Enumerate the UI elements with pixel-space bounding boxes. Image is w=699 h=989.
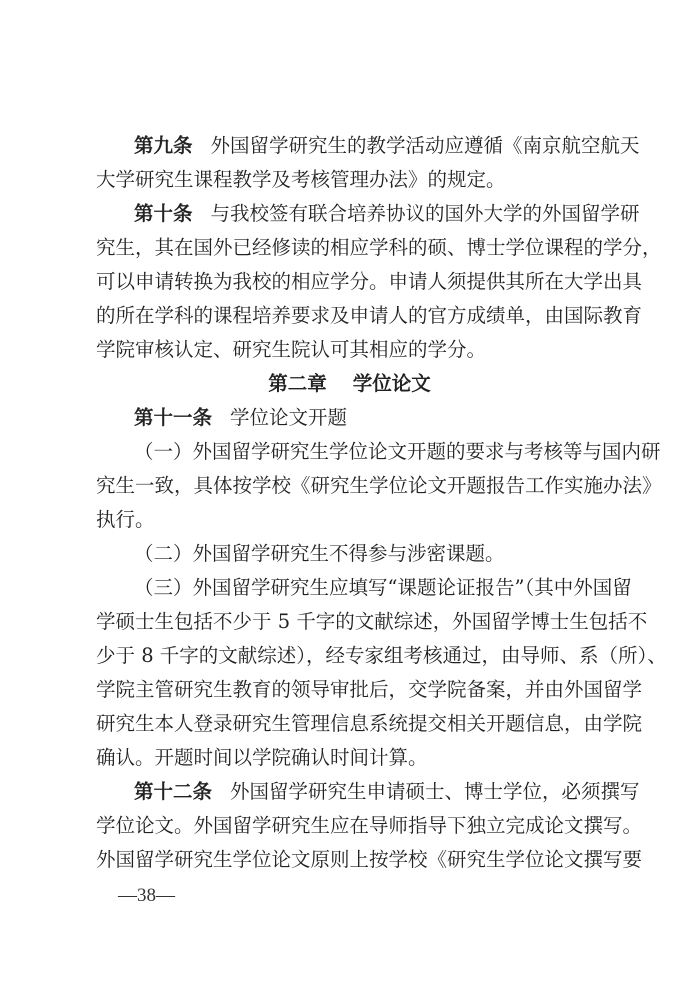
- item-3-line-2: 学硕士生包括不少于 5 千字的文献综述，外国留学博士生包括不: [96, 610, 612, 634]
- page-number: —38—: [118, 885, 175, 907]
- article-9-line-1: 第九条外国留学研究生的教学活动应遵循《南京航空航天: [96, 134, 612, 158]
- article-9-line-2: 大学研究生课程教学及考核管理办法》的规定。: [96, 168, 612, 192]
- item-1-line-2: 究生一致，具体按学校《研究生学位论文开题报告工作实施办法》: [96, 474, 612, 498]
- item-2-line-1: （二）外国留学研究生不得参与涉密课题。: [96, 542, 612, 566]
- item-3-line-3: 少于 8 千字的文献综述），经专家组考核通过，由导师、系（所）、: [96, 644, 612, 668]
- article-heading: 第九条: [134, 134, 193, 157]
- article-12-line-2: 学位论文。外国留学研究生应在导师指导下独立完成论文撰写。: [96, 814, 612, 838]
- item-3-line-4: 学院主管研究生教育的领导审批后，交学院备案，并由外国留学: [96, 678, 612, 702]
- article-10-line-3: 可以申请转换为我校的相应学分。申请人须提供其所在大学出具: [96, 270, 612, 294]
- article-12-line-1: 第十二条外国留学研究生申请硕士、博士学位，必须撰写: [96, 780, 612, 804]
- item-3-line-6: 确认。开题时间以学院确认时间计算。: [96, 746, 612, 770]
- item-1-line-1: （一）外国留学研究生学位论文开题的要求与考核等与国内研: [96, 440, 612, 464]
- article-11-heading-line: 第十一条学位论文开题: [96, 406, 612, 430]
- article-12-line-3: 外国留学研究生学位论文原则上按学校《研究生学位论文撰写要: [96, 848, 612, 872]
- article-heading: 第十二条: [134, 780, 212, 803]
- document-page: 第九条外国留学研究生的教学活动应遵循《南京航空航天 大学研究生课程教学及考核管理…: [0, 0, 699, 989]
- article-heading: 第十条: [134, 202, 193, 225]
- chapter-heading: 第二章学位论文: [0, 372, 699, 396]
- article-10-line-1: 第十条与我校签有联合培养协议的国外大学的外国留学研: [96, 202, 612, 226]
- article-10-line-2: 究生，其在国外已经修读的相应学科的硕、博士学位课程的学分，: [96, 236, 612, 260]
- item-1-line-3: 执行。: [96, 508, 612, 532]
- item-3-line-1: （三）外国留学研究生应填写“课题论证报告”（其中外国留: [96, 576, 612, 600]
- article-10-line-5: 学院审核认定、研究生院认可其相应的学分。: [96, 338, 612, 362]
- article-heading: 第十一条: [134, 406, 212, 429]
- item-3-line-5: 研究生本人登录研究生管理信息系统提交相关开题信息，由学院: [96, 712, 612, 736]
- article-10-line-4: 的所在学科的课程培养要求及申请人的官方成绩单，由国际教育: [96, 304, 612, 328]
